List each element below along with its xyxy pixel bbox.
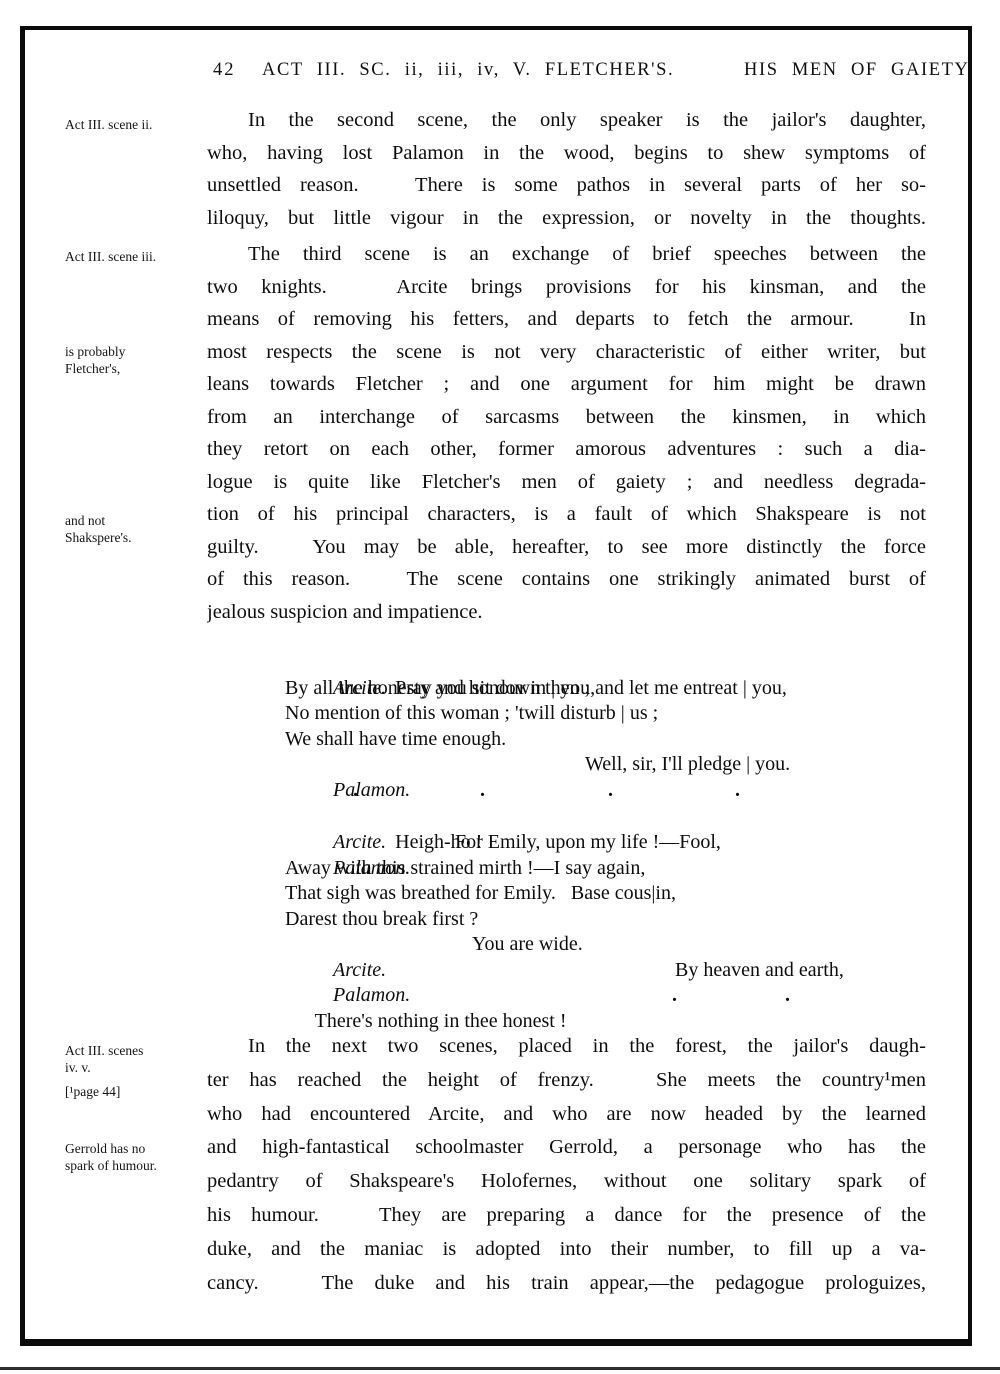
body-line: unsettled reason. There is some pathos i… [207, 169, 926, 202]
verse-quotation: Arcite.Pray you sit down then ; and let … [285, 650, 935, 1009]
verse-line: By all the honesty and honour in | you, [285, 676, 935, 702]
omission-dot: . [672, 983, 677, 1008]
omission-dot: . [608, 778, 613, 803]
omission-dots-row: . . . . [285, 778, 935, 805]
verse-line: Palamon. By heaven and earth, [285, 958, 935, 984]
body-line: liloquy, but little vigour in the expres… [207, 202, 926, 235]
running-title-left: ACT III. SC. ii, iii, iv, V. FLETCHER'S. [262, 60, 674, 81]
body-line: from an interchange of sarcasms between … [207, 401, 926, 434]
verse-text: For Emily, upon my life !—Fool, [455, 830, 721, 856]
body-line: tion of his principal characters, is a f… [207, 498, 926, 531]
body-line: means of removing his fetters, and depar… [207, 303, 926, 336]
margin-note-scenes-iv-v: Act III. scenes iv. v. [65, 1043, 203, 1076]
verse-text: You are wide. [472, 932, 583, 958]
body-line: In the second scene, the only speaker is… [207, 104, 926, 137]
paragraph-2: The third scene is an exchange of brief … [207, 238, 926, 628]
paragraph-1: In the second scene, the only speaker is… [207, 104, 926, 234]
body-line: and high-fantastical schoolmaster Gerrol… [207, 1131, 926, 1165]
margin-note-probably-fletchers: is probably Fletcher's, [65, 344, 203, 377]
body-line: In the next two scenes, placed in the fo… [207, 1030, 926, 1064]
verse-text: By heaven and earth, [675, 958, 844, 984]
body-line: his humour. They are preparing a dance f… [207, 1199, 926, 1233]
body-line: leans towards Fletcher ; and one argumen… [207, 368, 926, 401]
verse-line: Palamon. For Emily, upon my life !—Fool, [285, 830, 935, 856]
verse-line: There's nothing in thee honest ! . . [285, 983, 935, 1009]
margin-note-not-shaksperes: and not Shakspere's. [65, 513, 203, 546]
verse-line: That sigh was breathed for Emily. Base c… [285, 881, 935, 907]
body-line: of this reason. The scene contains one s… [207, 563, 926, 596]
body-line: most respects the scene is not very char… [207, 336, 926, 369]
margin-note-scene-ii: Act III. scene ii. [65, 117, 203, 134]
omission-dot: . [785, 983, 790, 1008]
page-number: 42 [213, 60, 236, 81]
body-line: logue is quite like Fletcher's men of ga… [207, 466, 926, 499]
body-line: The third scene is an exchange of brief … [207, 238, 926, 271]
body-line: jealous suspicion and impatience. [207, 596, 926, 629]
margin-note-gerrold: Gerrold has no spark of humour. [65, 1141, 203, 1174]
verse-text: There's nothing in thee honest ! [315, 1010, 567, 1032]
verse-line: We shall have time enough. [285, 727, 935, 753]
verse-text: That sigh was breathed for Emily. Base c… [285, 882, 676, 904]
body-line: they retort on each other, former amorou… [207, 433, 926, 466]
paragraph-3: In the next two scenes, placed in the fo… [207, 1030, 926, 1300]
body-line: two knights. Arcite brings provisions fo… [207, 271, 926, 304]
body-line: pedantry of Shakspeare's Holofernes, wit… [207, 1165, 926, 1199]
verse-line: Away with this strained mirth !—I say ag… [285, 856, 935, 882]
body-line: who, having lost Palamon in the wood, be… [207, 137, 926, 170]
verse-text: Away with this strained mirth !—I say ag… [285, 857, 645, 879]
body-line: ter has reached the height of frenzy. Sh… [207, 1064, 926, 1098]
verse-line: Darest thou break first ? [285, 907, 935, 933]
running-title-right: HIS MEN OF GAIETY. [744, 60, 973, 81]
margin-note-scene-iii: Act III. scene iii. [65, 249, 203, 266]
verse-line: Arcite.Pray you sit down then ; and let … [285, 650, 935, 676]
body-line: who had encountered Arcite, and who are … [207, 1098, 926, 1132]
omission-dot: . [735, 778, 740, 803]
body-line: duke, and the maniac is adopted into the… [207, 1233, 926, 1267]
verse-text: Darest thou break first ? [285, 908, 478, 930]
body-line: guilty. You may be able, hereafter, to s… [207, 531, 926, 564]
margin-note-page-ref: [¹page 44] [65, 1084, 203, 1101]
verse-line: Arcite.Heigh-ho ! [285, 805, 935, 831]
omission-dot: . [480, 778, 485, 803]
verse-text: No mention of this woman ; 'twill distur… [285, 702, 658, 724]
verse-text: Well, sir, I'll pledge | you. [585, 752, 790, 778]
body-line: cancy. The duke and his train appear,—th… [207, 1267, 926, 1301]
scan-edge-line [0, 1367, 1000, 1370]
book-page: 42 ACT III. SC. ii, iii, iv, V. FLETCHER… [0, 0, 1000, 1374]
verse-line: No mention of this woman ; 'twill distur… [285, 701, 935, 727]
verse-text: We shall have time enough. [285, 728, 506, 750]
verse-text: By all the honesty and honour in | you, [285, 677, 595, 699]
verse-line: Palamon. Well, sir, I'll pledge | you. [285, 752, 935, 778]
omission-dot: . [353, 778, 358, 803]
verse-line: Arcite. You are wide. [285, 932, 935, 958]
